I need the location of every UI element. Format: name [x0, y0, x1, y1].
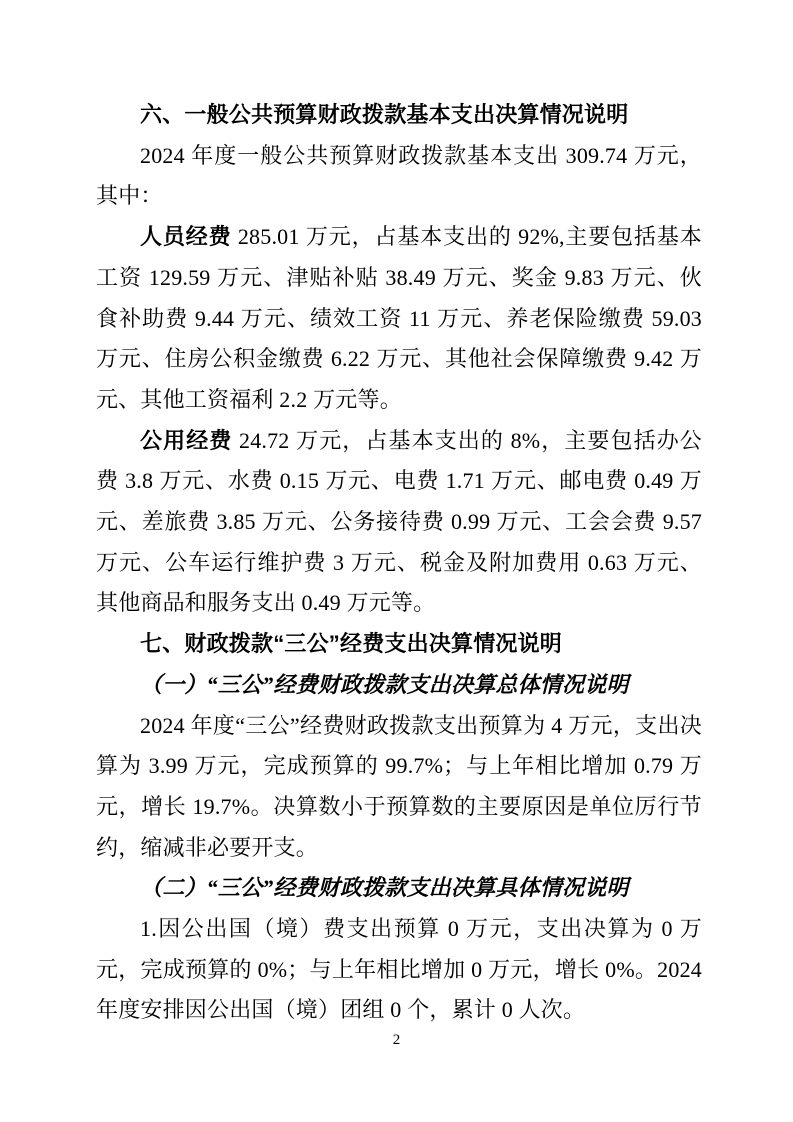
paragraph-basic-expenditure-total: 2024 年度一般公共预算财政拨款基本支出 309.74 万元，其中： — [96, 136, 702, 217]
page-number: 2 — [0, 1032, 793, 1049]
personnel-funds-label: 人员经费 — [140, 224, 231, 249]
paragraph-public-funds: 公用经费 24.72 万元，占基本支出的 8%，主要包括办公费 3.8 万元、水… — [96, 421, 702, 625]
document-page: 六、一般公共预算财政拨款基本支出决算情况说明 2024 年度一般公共预算财政拨款… — [0, 0, 793, 1122]
personnel-funds-detail: 285.01 万元，占基本支出的 92%,主要包括基本工资 129.59 万元、… — [96, 224, 702, 412]
paragraph-three-public-overall: 2024 年度“三公”经费财政拨款支出预算为 4 万元，支出决算为 3.99 万… — [96, 706, 702, 869]
section-heading-seven: 七、财政拨款“三公”经费支出决算情况说明 — [96, 624, 702, 665]
paragraph-personnel-funds: 人员经费 285.01 万元，占基本支出的 92%,主要包括基本工资 129.5… — [96, 217, 702, 421]
subsection-one-title: （一）“三公”经费财政拨款支出决算总体情况说明 — [96, 665, 702, 706]
paragraph-overseas-trips: 1.因公出国（境）费支出预算 0 万元，支出决算为 0 万元，完成预算的 0%；… — [96, 909, 702, 1031]
section-heading-six: 六、一般公共预算财政拨款基本支出决算情况说明 — [96, 95, 702, 136]
document-body: 六、一般公共预算财政拨款基本支出决算情况说明 2024 年度一般公共预算财政拨款… — [96, 95, 702, 1031]
public-funds-label: 公用经费 — [140, 428, 232, 453]
public-funds-detail: 24.72 万元，占基本支出的 8%，主要包括办公费 3.8 万元、水费 0.1… — [96, 428, 702, 616]
subsection-two-title: （二）“三公”经费财政拨款支出决算具体情况说明 — [96, 868, 702, 909]
